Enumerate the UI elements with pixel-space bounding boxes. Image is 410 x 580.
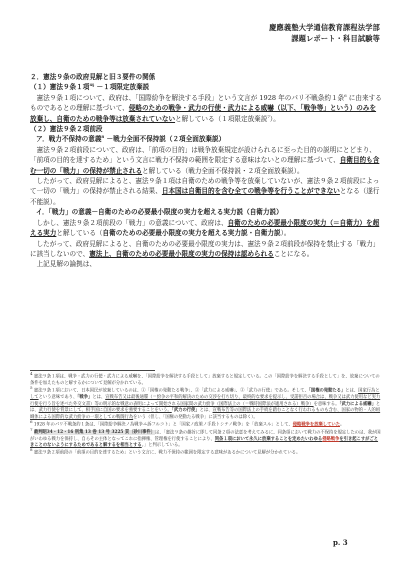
paragraph: したがって、政府見解によると、憲法９条１項は自衛のための戦争等を放棄していないが… <box>30 176 382 207</box>
header-subtitle: 課題レポート・科目試験等 <box>269 33 380 44</box>
subsection-1-title: （１）憲法９条１項4§ －１項限定放棄説 <box>30 82 382 92</box>
footnotes: 4 憲法９条１項は、戦争・武力の行使・武力による威嚇を、「国際紛争を解決する手段… <box>30 374 382 458</box>
footnote-ref[interactable]: 8 <box>101 134 104 139</box>
item-a-title: ア．戦力不保持の意義8 －戦力全面不保持説（２項全面放棄説） <box>30 134 382 144</box>
underlined-emphasis: 憲法上、自衛のための必要最小限度の実力の保持は認められる <box>89 250 274 258</box>
footnote-4: 4 憲法９条１項は、戦争・武力の行使・武力による威嚇を、「国際紛争を解決する手段… <box>30 374 382 388</box>
footnote-6: 6 1928 年のパリ不戦条約１条は、「国際紛争解決ノ為戦争ニ訴フルコト」と「国… <box>30 422 382 429</box>
subsection-2-title: （２）憲法９条２項前段 <box>30 124 382 134</box>
item-i-title: イ．「戦力」の意義－自衛のための必要最小限度の実力を超える実力説（自衛力説） <box>30 207 382 217</box>
footnote-divider <box>30 370 155 371</box>
footnote-ref[interactable]: 4§ <box>89 82 94 87</box>
paragraph: 上記見解の論拠は、 <box>30 259 382 269</box>
header-university: 慶應義塾大学通信教育課程法学部 <box>269 22 380 33</box>
footnote-ref[interactable]: 6 <box>344 93 347 98</box>
paragraph: したがって、政府見解によると、自衛のための必要最小限度の実力は、憲法９条２項前段… <box>30 239 382 260</box>
footnote-5: 5 憲法９条１項において、日本国民が放棄しているのは、①「国権の発動たる戦争」、… <box>30 388 382 421</box>
document-header: 慶應義塾大学通信教育課程法学部 課題レポート・科目試験等 <box>269 22 380 44</box>
main-body: ２．憲法９条の政府見解と旧３要件の関係 （１）憲法９条１項4§ －１項限定放棄説… <box>30 72 382 270</box>
red-emphasis: 侵略戦争を放棄していた <box>293 422 340 427</box>
paragraph: しかし、憲法９条２項前段の「戦力」の意義について、政府は、自衛のための必要最小限… <box>30 218 382 239</box>
red-emphasis: 侵略戦争 <box>322 437 339 442</box>
paragraph: 憲法９条２項前段について、政府は、「前項の目的」は戦争放棄規定が設けられるに至っ… <box>30 145 382 176</box>
footnote-7: 7 最判昭34・12・16 刑集 13 巻 13 号 3225 頁〔砂川事件〕は… <box>30 430 382 450</box>
section-title: ２．憲法９条の政府見解と旧３要件の関係 <box>30 72 382 82</box>
paragraph: 憲法９条１項について、政府は、「国際紛争を解決する手段」という文言が 1928 … <box>30 93 382 124</box>
page-number: p. 3 <box>333 538 348 547</box>
case-citation: 最判昭34・12・16 刑集 13 巻 13 号 3225 頁〔砂川事件〕 <box>34 430 155 435</box>
underlined-emphasis: 日本国は自衛目的を含む全ての戦争等を行うことができない <box>162 187 340 195</box>
footnote-8: 8 憲法９条２項前段の「前項の目的を達するため」という文言に、戦力不保持の範囲を… <box>30 450 382 457</box>
